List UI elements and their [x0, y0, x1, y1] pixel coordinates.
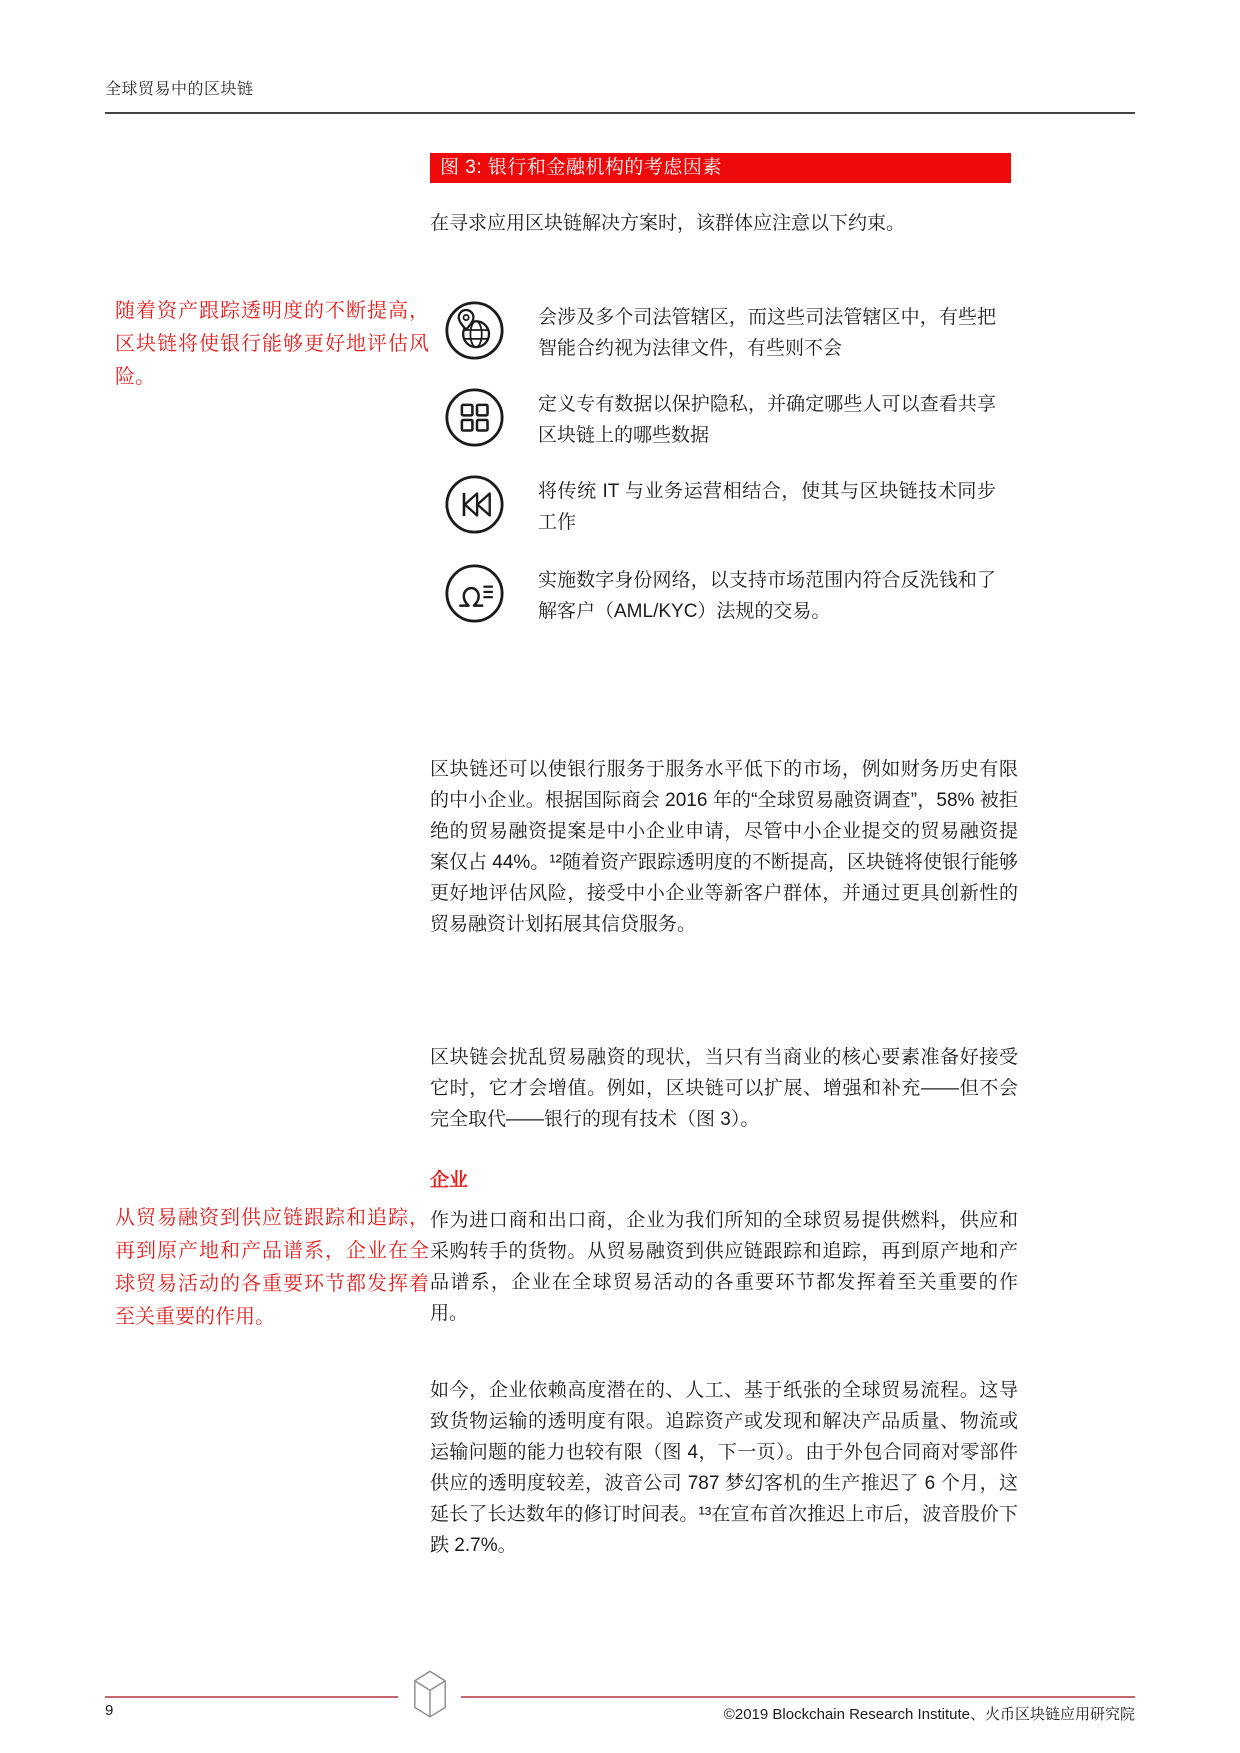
running-header: 全球贸易中的区块链 — [105, 76, 254, 99]
figure-intro-text: 在寻求应用区块链解决方案时，该群体应注意以下约束。 — [430, 209, 1020, 239]
rewind-icon — [443, 473, 506, 536]
consideration-item: 将传统 IT 与业务运营相结合，使其与区块链技术同步工作 — [443, 473, 1023, 538]
footer-divider — [105, 1696, 398, 1698]
body-paragraph: 作为进口商和出口商，企业为我们所知的全球贸易提供燃料，供应和采购转手的货物。从贸… — [430, 1205, 1018, 1329]
consideration-text: 实施数字身份网络，以支持市场范围内符合反洗钱和了解客户（AML/KYC）法规的交… — [538, 565, 996, 627]
page-number: 9 — [105, 1702, 113, 1719]
consideration-text: 会涉及多个司法管辖区，而这些司法管辖区中，有些把智能合约视为法律文件，有些则不会 — [538, 302, 996, 364]
identity-list-icon — [443, 562, 506, 625]
footer-divider — [461, 1696, 1135, 1698]
data-grid-icon — [443, 386, 506, 449]
margin-note-banks: 随着资产跟踪透明度的不断提高，区块链将使银行能够更好地评估风险。 — [115, 295, 429, 394]
consideration-item: 定义专有数据以保护隐私，并确定哪些人可以查看共享区块链上的哪些数据 — [443, 386, 1023, 451]
header-divider — [105, 112, 1135, 114]
margin-note-enterprise: 从贸易融资到供应链跟踪和追踪，再到原产地和产品谱系，企业在全球贸易活动的各重要环… — [115, 1202, 429, 1334]
consideration-text: 定义专有数据以保护隐私，并确定哪些人可以查看共享区块链上的哪些数据 — [538, 389, 996, 451]
body-paragraph: 区块链会扰乱贸易融资的现状，当只有当商业的核心要素准备好接受它时，它才会增值。例… — [430, 1042, 1018, 1135]
figure-banner: 图 3: 银行和金融机构的考虑因素 — [430, 153, 1011, 183]
consideration-item: 实施数字身份网络，以支持市场范围内符合反洗钱和了解客户（AML/KYC）法规的交… — [443, 562, 1023, 627]
cube-logo-icon — [411, 1668, 449, 1724]
copyright-text: ©2019 Blockchain Research Institute、火币区块… — [724, 1703, 1135, 1724]
consideration-text: 将传统 IT 与业务运营相结合，使其与区块链技术同步工作 — [538, 476, 996, 538]
body-paragraph: 区块链还可以使银行服务于服务水平低下的市场，例如财务历史有限的中小企业。根据国际… — [430, 754, 1018, 940]
body-paragraph: 如今，企业依赖高度潜在的、人工、基于纸张的全球贸易流程。这导致货物运输的透明度有… — [430, 1375, 1018, 1561]
consideration-item: 会涉及多个司法管辖区，而这些司法管辖区中，有些把智能合约视为法律文件，有些则不会 — [443, 299, 1023, 364]
globe-pin-icon — [443, 299, 506, 362]
section-heading-enterprise: 企业 — [430, 1165, 468, 1192]
